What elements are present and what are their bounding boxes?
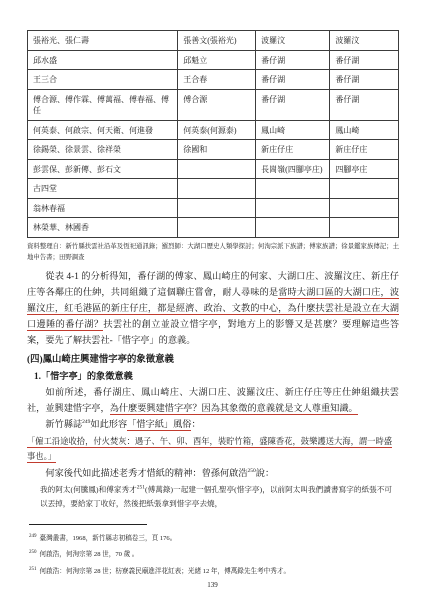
paragraph-analysis: 從表 4-1 的分析得知，番仔湖的傅家、鳳山崎庄的何家、大湖口庄、波羅汶庄、新庄… <box>27 268 399 348</box>
text-segment-red-underlined: 「惜字紙」風俗 <box>127 419 191 431</box>
table-cell: 王合春 <box>178 70 256 90</box>
table-row: 傅合源、傅作霖、傅萬福、傅春福、傅任傅合源番仔湖番仔湖 <box>28 89 399 120</box>
table-cell <box>330 198 399 218</box>
table-cell: 徐錫榮、徐景雲、徐祥榮 <box>28 140 178 160</box>
table-cell: 波羅汶 <box>256 31 330 51</box>
table-row: 何英泰、何啟宗、何天衛、何進發何英泰(何源泰)鳳山崎鳳山崎 <box>28 120 399 140</box>
table-row: 邱水盛邱魁立番仔湖番仔湖 <box>28 50 399 70</box>
table-cell: 邱魁立 <box>178 50 256 70</box>
table-cell: 彭雲保、彭新傳、彭石文 <box>28 159 178 179</box>
footnote-251: 251何啟浩：何洵宗第 28 世；枋寮義民廟進泮花紅表；光緒 12 年，傅萬錄先… <box>29 563 399 579</box>
table-cell: 鳳山崎 <box>256 120 330 140</box>
table-cell: 林榮華、林國香 <box>28 218 178 238</box>
table-cell: 翁林春福 <box>28 198 178 218</box>
table-cell: 番仔湖 <box>256 70 330 90</box>
block-quote-descendant: 我的阿太(何騰鳳)和傅家秀才251(傅萬錄)一起建一個孔聖亭(惜字亭)，以前阿太… <box>40 483 392 512</box>
table-cell: 張裕光、張仁壽 <box>28 31 178 51</box>
table-cell <box>178 179 256 199</box>
table-cell: 邱水盛 <box>28 50 178 70</box>
table-cell <box>330 179 399 199</box>
table-row: 張裕光、張仁壽張善文(張裕光)波羅汶波羅汶 <box>28 31 399 51</box>
footnote-number: 250 <box>29 550 37 555</box>
paragraph-descendant-intro: 何家後代如此描述老秀才惜紙的精神：曾孫何啟浩250說： <box>27 465 399 481</box>
table-cell: 新庄仔庄 <box>330 140 399 160</box>
table-cell <box>178 198 256 218</box>
table-cell: 番仔湖 <box>256 89 330 120</box>
table-cell <box>178 159 256 179</box>
table-row: 古四堂 <box>28 179 399 199</box>
footnote-reference: 251 <box>137 484 145 490</box>
footnote-250: 250何啟浩，何洵宗第 28 世，70 歲 。 <box>29 546 399 562</box>
table-row: 徐錫榮、徐景雲、徐祥榮徐國和新庄仔庄新庄仔庄 <box>28 140 399 160</box>
quote-text-red-underlined: 「僱工沿途收拾，付火焚灰：遇子、午、卯、酉年，裝貯竹箱，盛陳香花，鼓樂護送大海，… <box>27 437 392 463</box>
text-segment: 如此形容 <box>90 419 127 429</box>
table-cell <box>330 218 399 238</box>
quote-text: 我的阿太(何騰鳳)和傅家秀才 <box>40 485 137 494</box>
paragraph-chronicle-intro: 新竹縣誌249如此形容「惜字紙」風俗： <box>27 416 399 432</box>
table-cell: 何英泰(何源泰) <box>178 120 256 140</box>
table-row: 林榮華、林國香 <box>28 218 399 238</box>
table-cell: 番仔湖 <box>330 50 399 70</box>
text-segment: 新竹縣誌 <box>45 419 82 429</box>
table-row: 翁林春福 <box>28 198 399 218</box>
table-cell: 傅合源、傅作霖、傅萬福、傅春福、傅任 <box>28 89 178 120</box>
footnote-249: 249臺灣叢書，1968，新竹縣志初稿卷三，頁 176。 <box>29 530 399 546</box>
table-cell: 波羅汶 <box>330 31 399 51</box>
section-heading: (四)鳳山崎庄興建惜字亭的象徵意義 <box>27 352 399 368</box>
lineage-members-table: 張裕光、張仁壽張善文(張裕光)波羅汶波羅汶邱水盛邱魁立番仔湖番仔湖王三合王合春番… <box>27 30 399 238</box>
table-cell: 鳳山崎 <box>330 120 399 140</box>
block-quote-chronicle: 「僱工沿途收拾，付火焚灰：遇子、午、卯、酉年，裝貯竹箱，盛陳香花，鼓樂護送大海，… <box>27 434 399 464</box>
table-cell <box>256 218 330 238</box>
table-cell: 四腳亭庄 <box>330 159 399 179</box>
text-segment-red-underlined: 為什麼要興建惜字亭？因為其象徵的意義就是文人尊重知識。 <box>110 403 358 415</box>
footnote-separator <box>29 524 147 525</box>
text-segment: ： <box>191 419 200 429</box>
table-cell: 古四堂 <box>28 179 178 199</box>
footnote-number: 249 <box>29 534 37 539</box>
table-row: 王三合王合春番仔湖番仔湖 <box>28 70 399 90</box>
footnote-reference: 250 <box>248 467 256 473</box>
table-body: 張裕光、張仁壽張善文(張裕光)波羅汶波羅汶邱水盛邱魁立番仔湖番仔湖王三合王合春番… <box>28 31 399 238</box>
footnote-text: 臺灣叢書，1968，新竹縣志初稿卷三，頁 176。 <box>40 535 177 542</box>
text-segment: 說： <box>256 468 274 478</box>
table-row: 彭雲保、彭新傳、彭石文長崗嶺(四腳亭庄)四腳亭庄 <box>28 159 399 179</box>
paragraph-symbolic-meaning: 如前所述，番仔湖庄、鳳山崎庄、大湖口庄、波羅汶庄、新庄仔庄等庄仕紳組織扶雲社，並… <box>27 384 399 416</box>
table-cell <box>256 198 330 218</box>
thesis-page: 張裕光、張仁壽張善文(張裕光)波羅汶波羅汶邱水盛邱魁立番仔湖番仔湖王三合王合春番… <box>0 0 425 600</box>
footnote-text: 何啟浩：何洵宗第 28 世；枋寮義民廟進泮花紅表；光緒 12 年，傅萬錄先生考中… <box>40 568 291 575</box>
footnote-text: 何啟浩，何洵宗第 28 世，70 歲 。 <box>40 551 139 558</box>
footnote-number: 251 <box>29 567 37 572</box>
table-cell <box>178 218 256 238</box>
table-cell: 張善文(張裕光) <box>178 31 256 51</box>
table-cell: 長崗嶺(四腳亭庄) <box>256 159 330 179</box>
table-cell: 番仔湖 <box>330 89 399 120</box>
table-cell: 傅合源 <box>178 89 256 120</box>
table-cell: 新庄仔庄 <box>256 140 330 160</box>
table-cell <box>256 179 330 199</box>
sub-heading: 1.「惜字亭」的象徵意義 <box>34 368 399 384</box>
table-cell: 番仔湖 <box>330 70 399 90</box>
table-source-note: 資料整理自：新竹縣扶雲社沿革及恆祀通訊錄；羅烈師：大湖口歷史人類學探討；何洵宗派… <box>27 241 399 263</box>
table-cell: 徐國和 <box>178 140 256 160</box>
table-cell: 何英泰、何啟宗、何天衛、何進發 <box>28 120 178 140</box>
table-cell: 王三合 <box>28 70 178 90</box>
page-number: 139 <box>0 581 425 589</box>
table-cell: 番仔湖 <box>256 50 330 70</box>
text-segment: 何家後代如此描述老秀才惜紙的精神：曾孫何啟浩 <box>45 468 247 478</box>
